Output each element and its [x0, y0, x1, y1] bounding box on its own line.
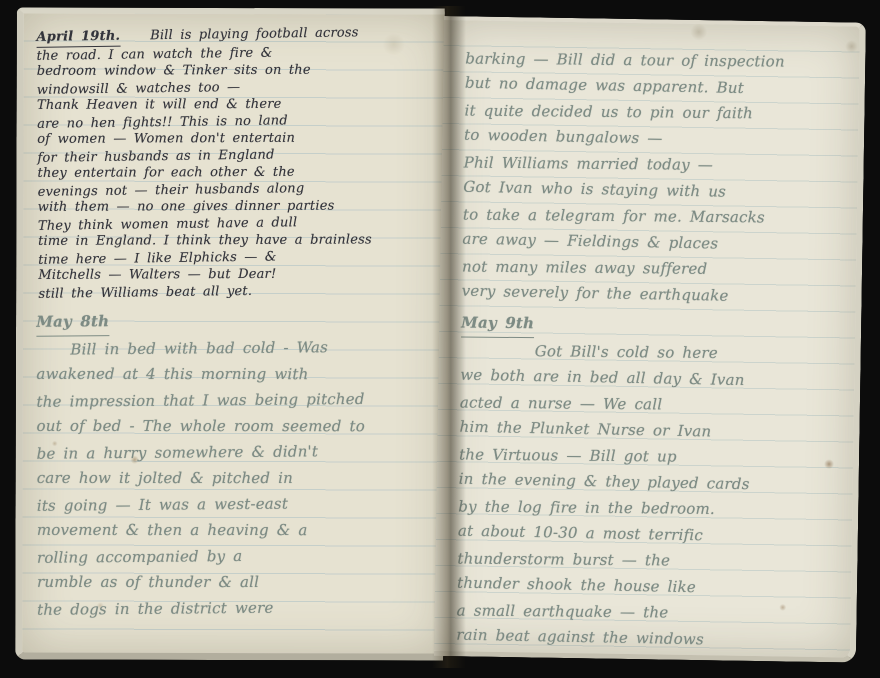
entry-text: barking — Bill did a tour of inspectionb… — [461, 44, 849, 310]
diary-entry-may-9: May 9th Got Bill's cold so herewe both a… — [456, 308, 845, 654]
diary-entry-may-8-continued: barking — Bill did a tour of inspectionb… — [461, 44, 849, 310]
entry-date-heading: April 19th. — [36, 28, 120, 48]
handwriting-line: awakened at 4 this morning with — [36, 361, 437, 387]
entry-text: Got Bill's cold so herewe both are in be… — [456, 336, 845, 654]
handwriting-line: Bill in bed with bad cold - Was — [36, 333, 437, 362]
handwriting-line: care how it jolted & pitched in — [37, 465, 438, 491]
handwriting-line: rolling accompanied by a — [37, 541, 438, 570]
handwriting-line: be in a hurry somewhere & didn't — [37, 437, 438, 466]
entry-date-heading: May 8th — [36, 308, 109, 337]
diary-entry-may-8: May 8th Bill in bed with bad cold - Wasa… — [36, 306, 438, 621]
entry-date-heading: May 9th — [461, 309, 534, 338]
handwriting-line: rumble as of thunder & all — [37, 569, 438, 595]
entry-first-line: Bill is playing football across — [150, 24, 359, 44]
handwriting-line: its going — It was a west-east — [37, 489, 438, 518]
handwriting-line: the dogs in the district were — [37, 593, 438, 622]
handwriting-line: out of bed - The whole room seemed to — [37, 413, 438, 439]
diary-photo-background: April 19th. Bill is playing football acr… — [0, 0, 880, 678]
left-page: April 19th. Bill is playing football acr… — [15, 7, 445, 660]
handwriting-line: rain beat against the windows — [456, 622, 840, 655]
entry-heading-row: May 9th — [461, 309, 845, 341]
entry-text: the road. I can watch the fire &bedroom … — [37, 43, 440, 301]
entry-heading-row: May 8th — [36, 305, 437, 336]
handwriting-line: the impression that I was being pitched — [36, 385, 437, 414]
handwriting-line: very severely for the earthquake — [461, 278, 845, 311]
entry-text: Bill in bed with bad cold - Wasawakened … — [36, 334, 438, 621]
right-page: barking — Bill did a tour of inspectionb… — [434, 16, 866, 663]
handwriting-line: movement & then a heaving & a — [37, 517, 438, 543]
diary-entry-april-19: April 19th. Bill is playing football acr… — [36, 24, 439, 301]
